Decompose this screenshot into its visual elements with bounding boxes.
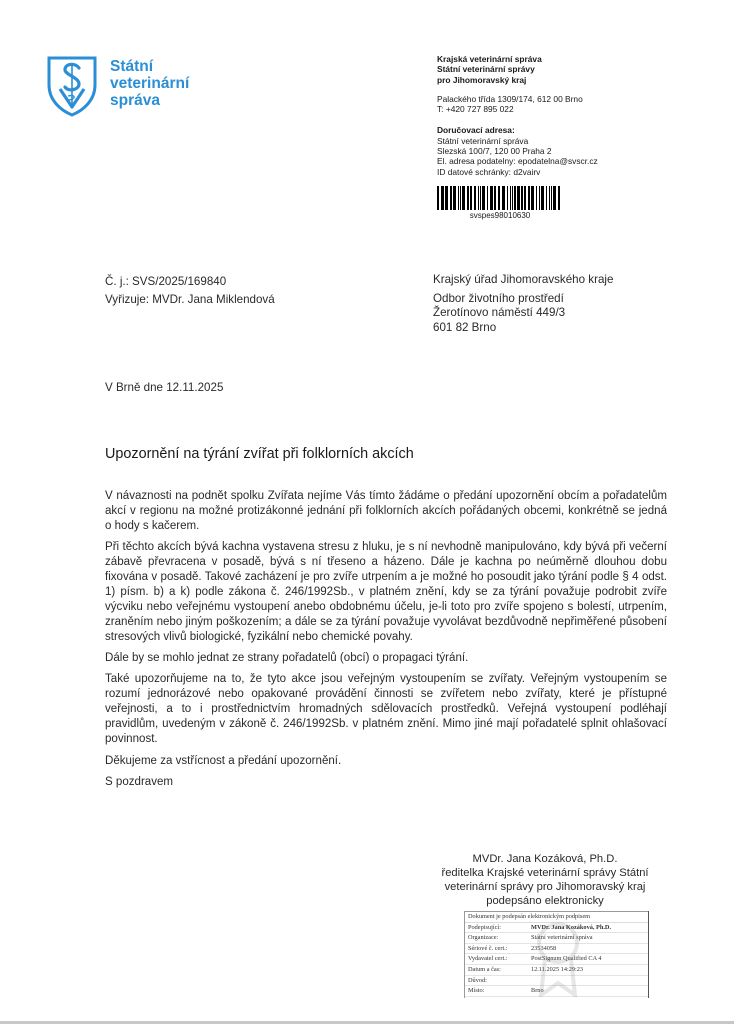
recipient-block: Krajský úřad Jihomoravského kraje Odbor … — [433, 273, 613, 335]
svs-shield-logo-icon — [46, 55, 98, 117]
logo-wordmark: Státní veterinární správa — [110, 58, 189, 109]
body-paragraph: Dále by se mohlo jednat ze strany pořada… — [105, 651, 667, 666]
recipient-line: Žerotínovo náměstí 449/3 — [433, 306, 613, 321]
signature-row: Vydavatel cert.:PostSignum Qualified CA … — [465, 954, 648, 965]
delivery-line: El. adresa podatelny: epodatelna@svscr.c… — [437, 156, 598, 166]
signature-row: Datum a čas:12.11.2025 14:29:23 — [465, 965, 648, 976]
signatory-name: MVDr. Jana Kozáková, Ph.D. — [420, 852, 670, 866]
delivery-line: Státní veterinární správa — [437, 136, 598, 146]
body-paragraph: Děkujeme za vstřícnost a předání upozorn… — [105, 754, 667, 769]
document-page: Státní veterinární správa Krajská veteri… — [0, 0, 734, 1020]
body-paragraph: Při těchto akcích bývá kachna vystavena … — [105, 540, 667, 644]
barcode-text: svspes98010630 — [437, 211, 563, 221]
recipient-line: Krajský úřad Jihomoravského kraje — [433, 273, 613, 288]
signature-row: Organizace:Státní veterinární správa — [465, 933, 648, 944]
case-number: Č. j.: SVS/2025/169840 — [105, 273, 275, 291]
letter-subject: Upozornění na týrání zvířat při folklorn… — [105, 446, 414, 462]
reference-block: Č. j.: SVS/2025/169840 Vyřizuje: MVDr. J… — [105, 273, 275, 308]
sender-org-line: pro Jihomoravský kraj — [437, 75, 598, 85]
signature-box-header: Dokument je podepsán elektronickým podpi… — [465, 911, 648, 923]
letter-body: V návaznosti na podnět spolku Zvířata ne… — [105, 489, 667, 796]
sender-org-line: Krajská veterinární správa — [437, 54, 598, 64]
signature-row: Podepisující:MVDr. Jana Kozáková, Ph.D. — [465, 923, 648, 934]
electronic-signature-box: Dokument je podepsán elektronickým podpi… — [464, 911, 649, 998]
handled-by: Vyřizuje: MVDr. Jana Miklendová — [105, 291, 275, 309]
signature-row: Sériové č. cert.:23534058 — [465, 944, 648, 955]
recipient-line: 601 82 Brno — [433, 321, 613, 336]
sender-block: Krajská veterinární správa Státní veteri… — [437, 54, 598, 221]
signature-row: Důvod: — [465, 976, 648, 987]
signature-row: Místo:Brno — [465, 986, 648, 997]
signatory-title: ředitelka Krajské veterinární správy Stá… — [420, 866, 670, 880]
svs-logo: Státní veterinární správa — [46, 55, 189, 117]
sender-org-line: Státní veterinární správy — [437, 64, 598, 74]
signature-block: MVDr. Jana Kozáková, Ph.D. ředitelka Kra… — [420, 852, 670, 908]
barcode — [437, 186, 563, 210]
sender-phone: T: +420 727 895 022 — [437, 104, 598, 114]
recipient-line: Odbor životního prostředí — [433, 292, 613, 307]
delivery-line: ID datové schránky: d2vairv — [437, 167, 598, 177]
sender-address: Palackého třída 1309/174, 612 00 Brno — [437, 94, 598, 104]
delivery-heading: Doručovací adresa: — [437, 125, 598, 135]
signed-electronically-note: podepsáno elektronicky — [420, 894, 670, 908]
signatory-title: veterinární správy pro Jihomoravský kraj — [420, 880, 670, 894]
closing-salutation: S pozdravem — [105, 775, 667, 790]
place-date: V Brně dne 12.11.2025 — [105, 381, 223, 394]
body-paragraph: Také upozorňujeme na to, že tyto akce js… — [105, 672, 667, 747]
delivery-line: Slezská 100/7, 120 00 Praha 2 — [437, 146, 598, 156]
body-paragraph: V návaznosti na podnět spolku Zvířata ne… — [105, 489, 667, 534]
